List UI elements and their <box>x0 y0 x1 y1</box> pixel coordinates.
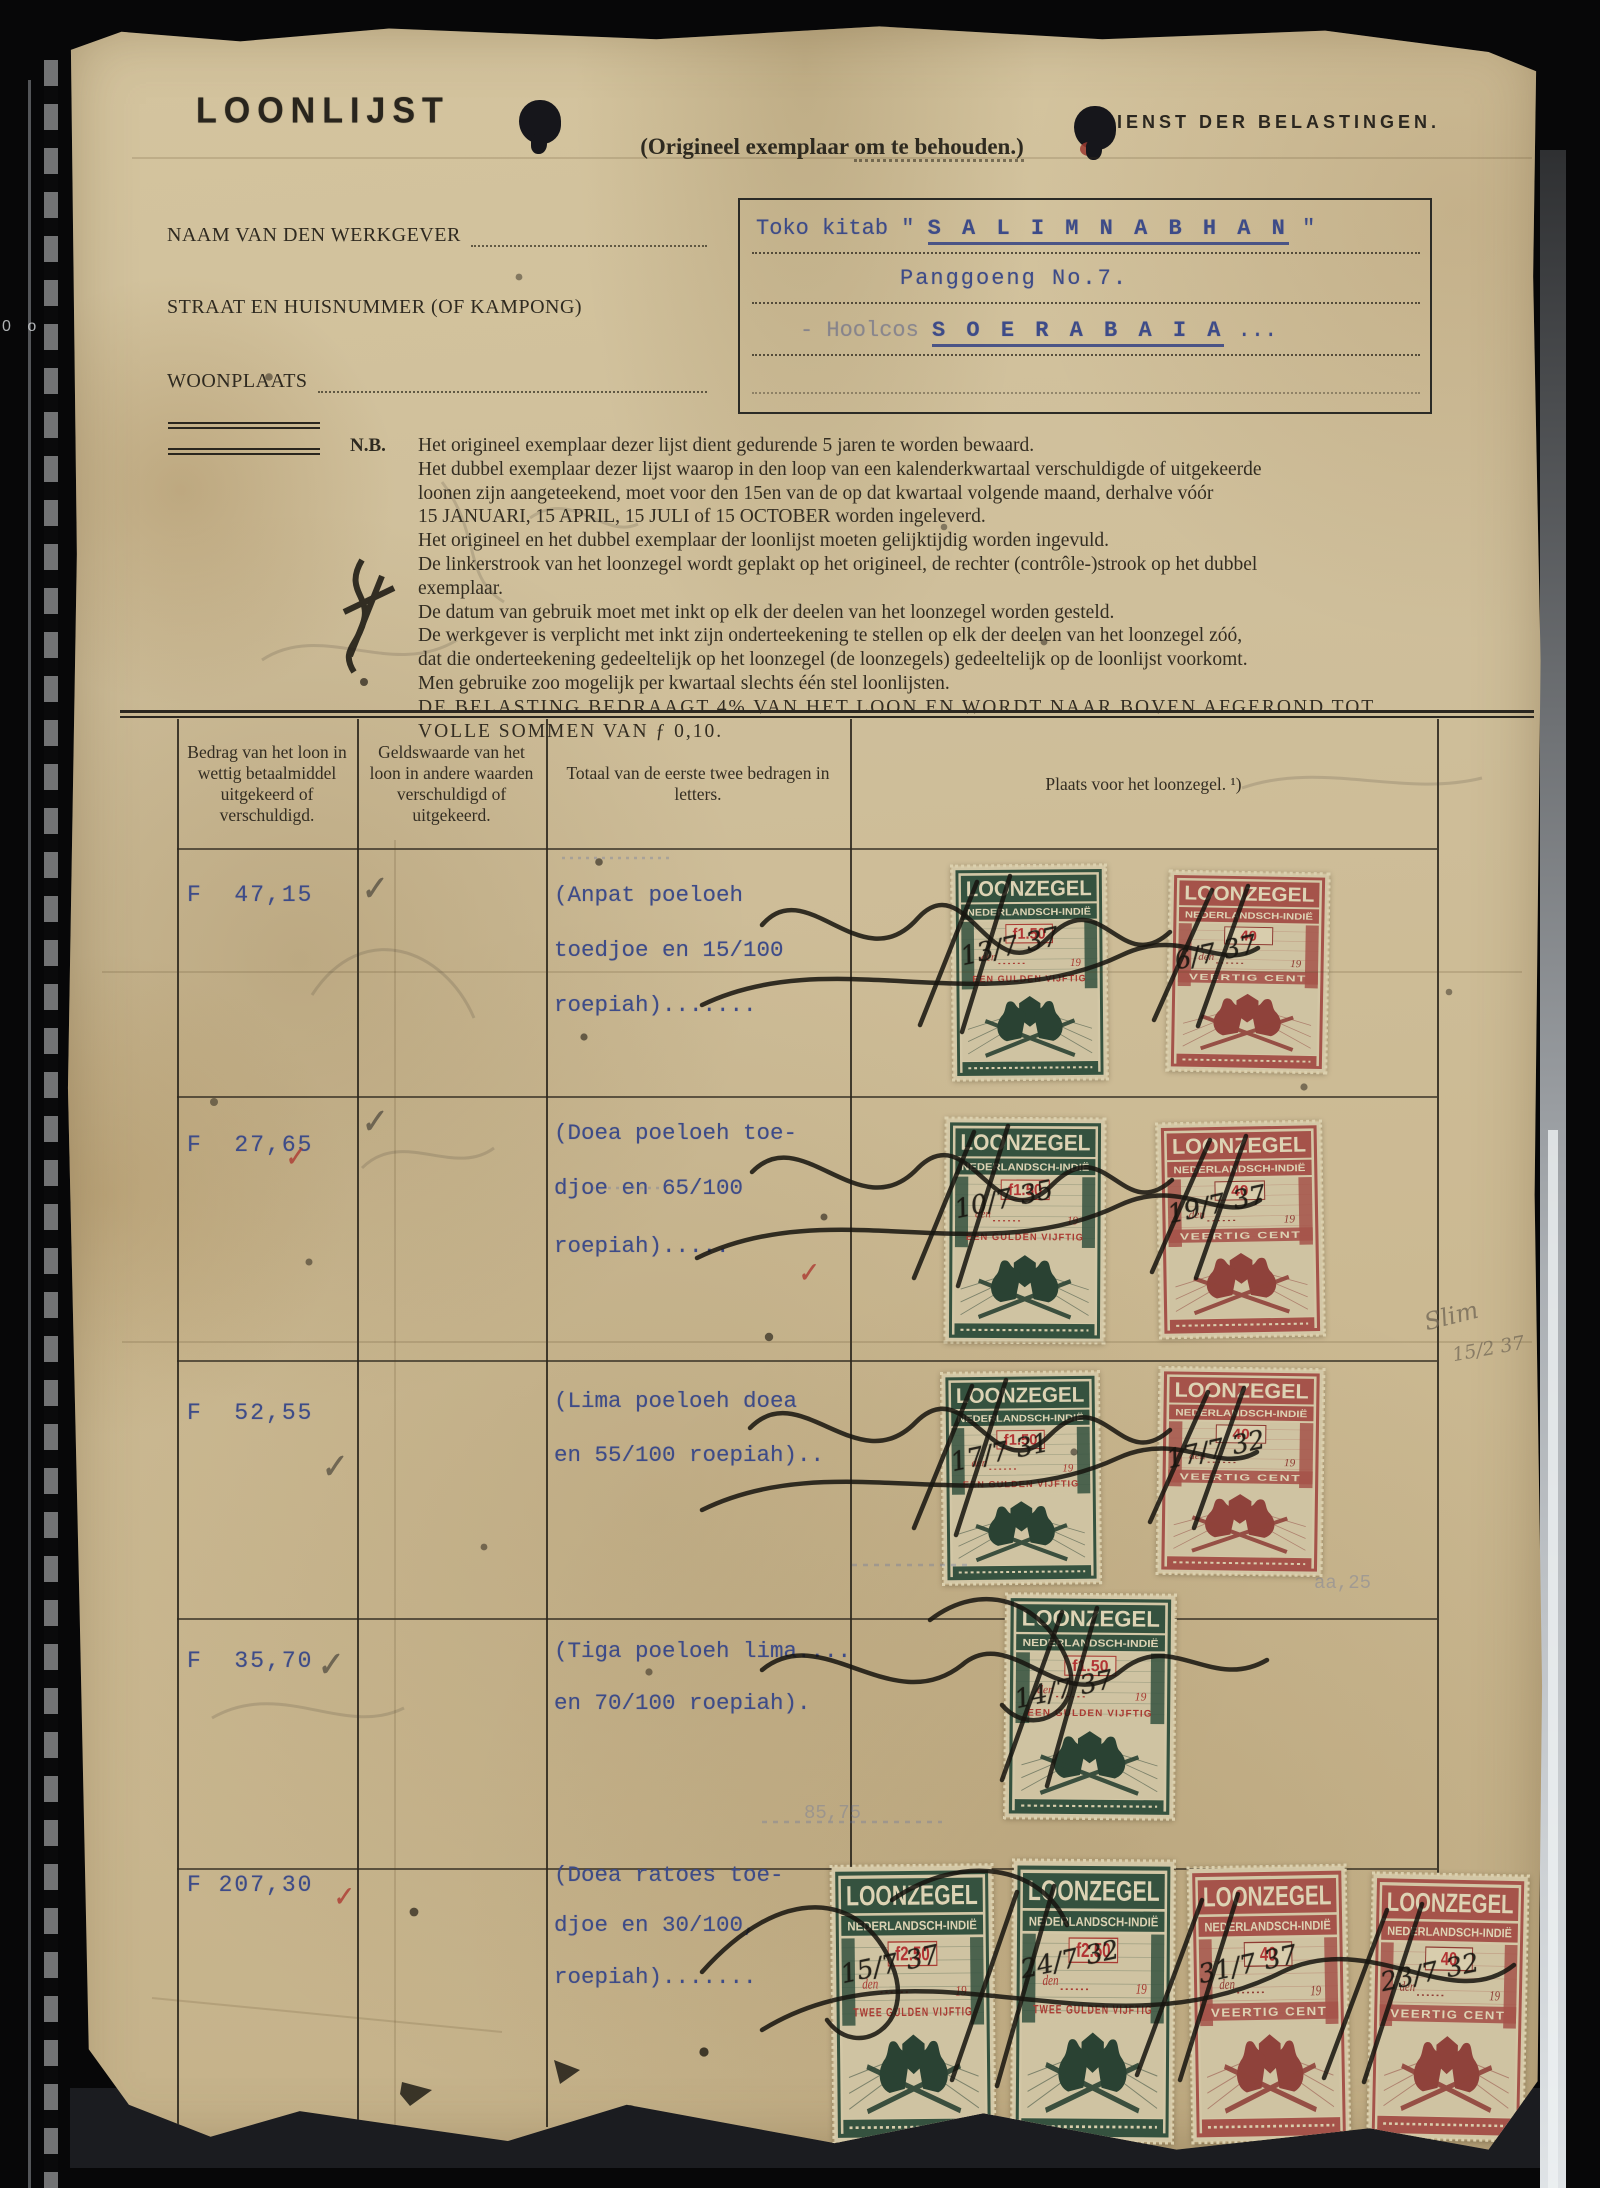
table-border <box>357 719 359 2127</box>
svg-text:NEDERLANDSCH-INDIË: NEDERLANDSCH-INDIË <box>1204 1918 1331 1935</box>
employer-name-value: Toko kitab " S A L I M N A B H A N " <box>756 216 1416 241</box>
loonlijst-document: LOONLIJST (Origineel exemplaar om te beh… <box>62 20 1548 2156</box>
nb-line: Het dubbel exemplaar dezer lijst waarop … <box>418 458 1470 482</box>
nb-line: De werkgever is verplicht met inkt zijn … <box>418 624 1470 648</box>
amount-in-letters: en 70/100 roepiah). <box>554 1690 811 1716</box>
svg-text:LOONZEGEL: LOONZEGEL <box>846 1880 978 1912</box>
amount-in-letters: (Lima poeloeh doea <box>554 1388 797 1414</box>
svg-text:NEDERLANDSCH-INDIË: NEDERLANDSCH-INDIË <box>957 1413 1084 1425</box>
loonzegel-stamp: LOONZEGEL NEDERLANDSCH-INDIË f1.50 den 1… <box>941 1371 1101 1585</box>
svg-text:NEDERLANDSCH-INDIË: NEDERLANDSCH-INDIË <box>1173 1163 1306 1176</box>
sleeve-highlight-right <box>1548 1130 1558 2188</box>
svg-text:19: 19 <box>1284 1213 1296 1225</box>
dotted-line <box>752 354 1420 356</box>
svg-text:VEERTIG CENT: VEERTIG CENT <box>1180 1472 1302 1483</box>
table-header-cell: Totaal van de eerste twee bedragen in le… <box>546 720 850 848</box>
amount-in-letters: roepiah)....... <box>554 992 757 1018</box>
amount-in-letters: roepiah)..... <box>554 1233 730 1259</box>
amount-value: F 47,15 <box>187 882 313 908</box>
employer-name-main: S A L I M N A B H A N <box>928 216 1289 245</box>
svg-text:NEDERLANDSCH-INDIË: NEDERLANDSCH-INDIË <box>967 906 1091 918</box>
city-label: WOONPLAATS <box>167 370 308 393</box>
nb-line: 15 JANUARI, 15 APRIL, 15 JULI of 15 OCTO… <box>418 505 1470 529</box>
double-rule <box>168 448 320 455</box>
dotted-line <box>752 392 1420 394</box>
loonzegel-stamp: LOONZEGEL NEDERLANDSCH-INDIË 40 den 19 V… <box>1156 1121 1325 1339</box>
scanned-document-photo: 0 o LOONLIJST (Origineel exemplaar om te… <box>0 0 1600 2188</box>
nb-line: dat die onderteekening gedeeltelijk op h… <box>418 648 1470 672</box>
page-title: LOONLIJST <box>196 91 450 132</box>
field-row-city: WOONPLAATS <box>167 370 707 393</box>
svg-text:NEDERLANDSCH-INDIË: NEDERLANDSCH-INDIË <box>847 1918 977 1934</box>
svg-text:EEN GULDEN VIJFTIG: EEN GULDEN VIJFTIG <box>966 1232 1084 1243</box>
svg-text:LOONZEGEL: LOONZEGEL <box>1184 882 1314 907</box>
city-prefix: - Hoolcos <box>800 318 932 343</box>
loonzegel-stamp: LOONZEGEL NEDERLANDSCH-INDIË f2.50 den 1… <box>831 1864 996 2144</box>
amount-in-letters: en 55/100 roepiah).. <box>554 1442 824 1468</box>
svg-text:VEERTIG CENT: VEERTIG CENT <box>1390 2008 1505 2023</box>
svg-text:LOONZEGEL: LOONZEGEL <box>1203 1881 1332 1914</box>
row-separator <box>177 848 1437 850</box>
svg-text:19: 19 <box>1070 957 1081 969</box>
svg-text:19: 19 <box>955 1982 967 1999</box>
svg-text:NEDERLANDSCH-INDIË: NEDERLANDSCH-INDIË <box>1175 1408 1308 1421</box>
table-top-rule <box>120 710 1534 718</box>
svg-text:LOONZEGEL: LOONZEGEL <box>1028 1875 1160 1908</box>
amount-in-letters: (Doea poeloeh toe- <box>554 1120 797 1146</box>
sleeve-edge-left <box>28 80 31 2188</box>
svg-text:19: 19 <box>1489 1988 1501 2004</box>
amount-in-letters: toedjoe en 15/100 <box>554 937 784 963</box>
checkmark-annotation: ✓ <box>313 1646 344 1685</box>
svg-text:TWEE GULDEN VIJFTIG: TWEE GULDEN VIJFTIG <box>1033 2003 1153 2017</box>
svg-text:19: 19 <box>1135 1690 1147 1703</box>
nb-line: Het origineel exemplaar dezer lijst dien… <box>418 434 1470 458</box>
loonzegel-stamp: LOONZEGEL NEDERLANDSCH-INDIË 40 den 19 V… <box>1188 1865 1351 2144</box>
svg-text:19: 19 <box>1067 1215 1078 1227</box>
svg-text:LOONZEGEL: LOONZEGEL <box>956 1383 1085 1408</box>
ghost-text: aa,25 <box>1314 1572 1371 1594</box>
amount-value: F 207,30 <box>187 1872 313 1898</box>
employer-name-suffix: " <box>1289 216 1315 241</box>
loonzegel-stamp: LOONZEGEL NEDERLANDSCH-INDIË f1.50 den 1… <box>951 864 1108 1080</box>
amount-in-letters: djoe en 30/100, <box>554 1912 757 1938</box>
amount-in-letters: djoe en 65/100 <box>554 1175 743 1201</box>
subtitle-part-b: om te behouden.) <box>854 134 1023 162</box>
nb-line: loonen zijn aangeteekend, moet voor den … <box>418 482 1470 506</box>
table-header-cell: Geldswaarde van het loon in andere waard… <box>357 720 546 848</box>
amount-in-letters: (Tiga poeloeh lima.... <box>554 1638 851 1664</box>
svg-text:19: 19 <box>1284 1457 1296 1469</box>
loonzegel-stamp: LOONZEGEL NEDERLANDSCH-INDIË f2.50 den 1… <box>1011 1859 1175 2143</box>
row-separator <box>177 1096 1437 1098</box>
svg-text:LOONZEGEL: LOONZEGEL <box>966 877 1092 902</box>
svg-text:LOONZEGEL: LOONZEGEL <box>1386 1888 1513 1920</box>
table-border <box>177 719 179 2127</box>
paper-flecks <box>62 20 66 24</box>
svg-text:NEDERLANDSCH-INDIË: NEDERLANDSCH-INDIË <box>961 1162 1090 1174</box>
amount-in-letters: roepiah)....... <box>554 1964 757 1990</box>
svg-text:NEDERLANDSCH-INDIË: NEDERLANDSCH-INDIË <box>1022 1636 1158 1650</box>
checkmark-annotation: ✓ <box>330 1880 355 1912</box>
svg-text:19: 19 <box>1290 958 1302 970</box>
amount-in-letters: (Doea ratoes toe- <box>554 1862 784 1888</box>
dotted-leader <box>318 373 707 393</box>
svg-text:19: 19 <box>1136 1980 1148 1997</box>
ghost-text: 85,75 <box>804 1802 861 1824</box>
table-border <box>546 719 548 2127</box>
dotted-line <box>752 302 1420 304</box>
margin-pencil-date: 15/2 37 <box>1451 1332 1527 1366</box>
nb-line: De datum van gebruik moet met inkt op el… <box>418 601 1470 625</box>
ink-scribble <box>344 560 394 672</box>
row-separator <box>177 1360 1437 1362</box>
svg-text:NEDERLANDSCH-INDIË: NEDERLANDSCH-INDIË <box>1029 1914 1159 1930</box>
sleeve-highlight-left <box>44 60 58 2188</box>
employer-entry-box: Toko kitab " S A L I M N A B H A N " Pan… <box>738 198 1432 414</box>
employer-name-prefix: Toko kitab " <box>756 216 928 241</box>
punch-hole-icon <box>1074 106 1116 150</box>
city-value: - Hoolcos S O E R A B A I A ... <box>800 318 1416 343</box>
checkmark-annotation: ✓ <box>357 870 388 909</box>
amount-value: F 52,55 <box>187 1400 313 1426</box>
field-row-street: STRAAT EN HUISNUMMER (OF KAMPONG) <box>167 296 707 319</box>
punch-hole-icon <box>519 100 561 144</box>
margin-pencil-note: Slim <box>1421 1296 1481 1336</box>
city-suffix: ... <box>1224 318 1277 343</box>
svg-text:TWEE GULDEN VIJFTIG: TWEE GULDEN VIJFTIG <box>853 2005 973 2020</box>
employer-name-label: NAAM VAN DEN WERKGEVER <box>167 224 461 247</box>
dotted-leader <box>471 227 707 247</box>
checkmark-annotation: ✓ <box>357 1103 388 1142</box>
street-label: STRAAT EN HUISNUMMER (OF KAMPONG) <box>167 296 582 319</box>
nb-line: Het origineel en het dubbel exemplaar de… <box>418 529 1470 553</box>
city-main: S O E R A B A I A <box>932 318 1224 347</box>
street-value: Panggoeng No.7. <box>900 266 1416 291</box>
svg-text:VEERTIG CENT: VEERTIG CENT <box>1180 1230 1302 1242</box>
svg-text:VEERTIG CENT: VEERTIG CENT <box>1211 2006 1328 2020</box>
svg-text:19: 19 <box>1310 1983 1322 1999</box>
checkmark-annotation: ✓ <box>317 1448 348 1487</box>
svg-text:NEDERLANDSCH-INDIË: NEDERLANDSCH-INDIË <box>1387 1924 1512 1941</box>
agency-name: DIENST DER BELASTINGEN. <box>1100 112 1440 133</box>
table-header-cell: Plaats voor het loonzegel. ¹) <box>850 720 1437 848</box>
svg-text:LOONZEGEL: LOONZEGEL <box>1172 1132 1306 1159</box>
loonzegel-stamp: LOONZEGEL NEDERLANDSCH-INDIË f1.50 den 1… <box>944 1118 1105 1344</box>
svg-text:19: 19 <box>1062 1462 1073 1474</box>
nb-label: N.B. <box>350 435 386 457</box>
amount-in-letters: (Anpat poeloeh <box>554 882 743 908</box>
svg-text:EEN GULDEN VIJFTIG: EEN GULDEN VIJFTIG <box>972 973 1086 984</box>
nb-line: Men gebruike zoo mogelijk per kwartaal s… <box>418 672 1470 696</box>
amount-value: F 35,70 <box>187 1648 313 1674</box>
field-row-employer-name: NAAM VAN DEN WERKGEVER <box>167 224 707 247</box>
table-header-cell: Bedrag van het loon in wettig betaalmidd… <box>177 720 357 848</box>
svg-text:EEN GULDEN VIJFTIG: EEN GULDEN VIJFTIG <box>963 1478 1080 1489</box>
subtitle-part-a: (Origineel exemplaar <box>640 134 854 159</box>
loonzegel-stamp: LOONZEGEL NEDERLANDSCH-INDIË 40 den 19 V… <box>1367 1872 1529 2141</box>
nb-line: De linkerstrook van het loonzegel wordt … <box>418 553 1470 577</box>
dotted-line <box>752 252 1420 254</box>
nb-lines: Het origineel exemplaar dezer lijst dien… <box>418 434 1470 743</box>
svg-text:LOONZEGEL: LOONZEGEL <box>1022 1605 1160 1631</box>
svg-text:LOONZEGEL: LOONZEGEL <box>1174 1379 1308 1403</box>
svg-text:LOONZEGEL: LOONZEGEL <box>960 1129 1090 1156</box>
page-subtitle: (Origineel exemplaar om te behouden.) <box>582 134 1082 160</box>
nb-line: exemplaar. <box>418 577 1470 601</box>
svg-text:EEN GULDEN VIJFTIG: EEN GULDEN VIJFTIG <box>1027 1708 1152 1720</box>
row-separator <box>177 1618 1437 1620</box>
svg-text:VEERTIG CENT: VEERTIG CENT <box>1189 972 1307 984</box>
checkmark-annotation: ✓ <box>795 1256 820 1288</box>
double-rule <box>168 422 320 429</box>
behind-page-text: 0 o <box>2 318 42 336</box>
